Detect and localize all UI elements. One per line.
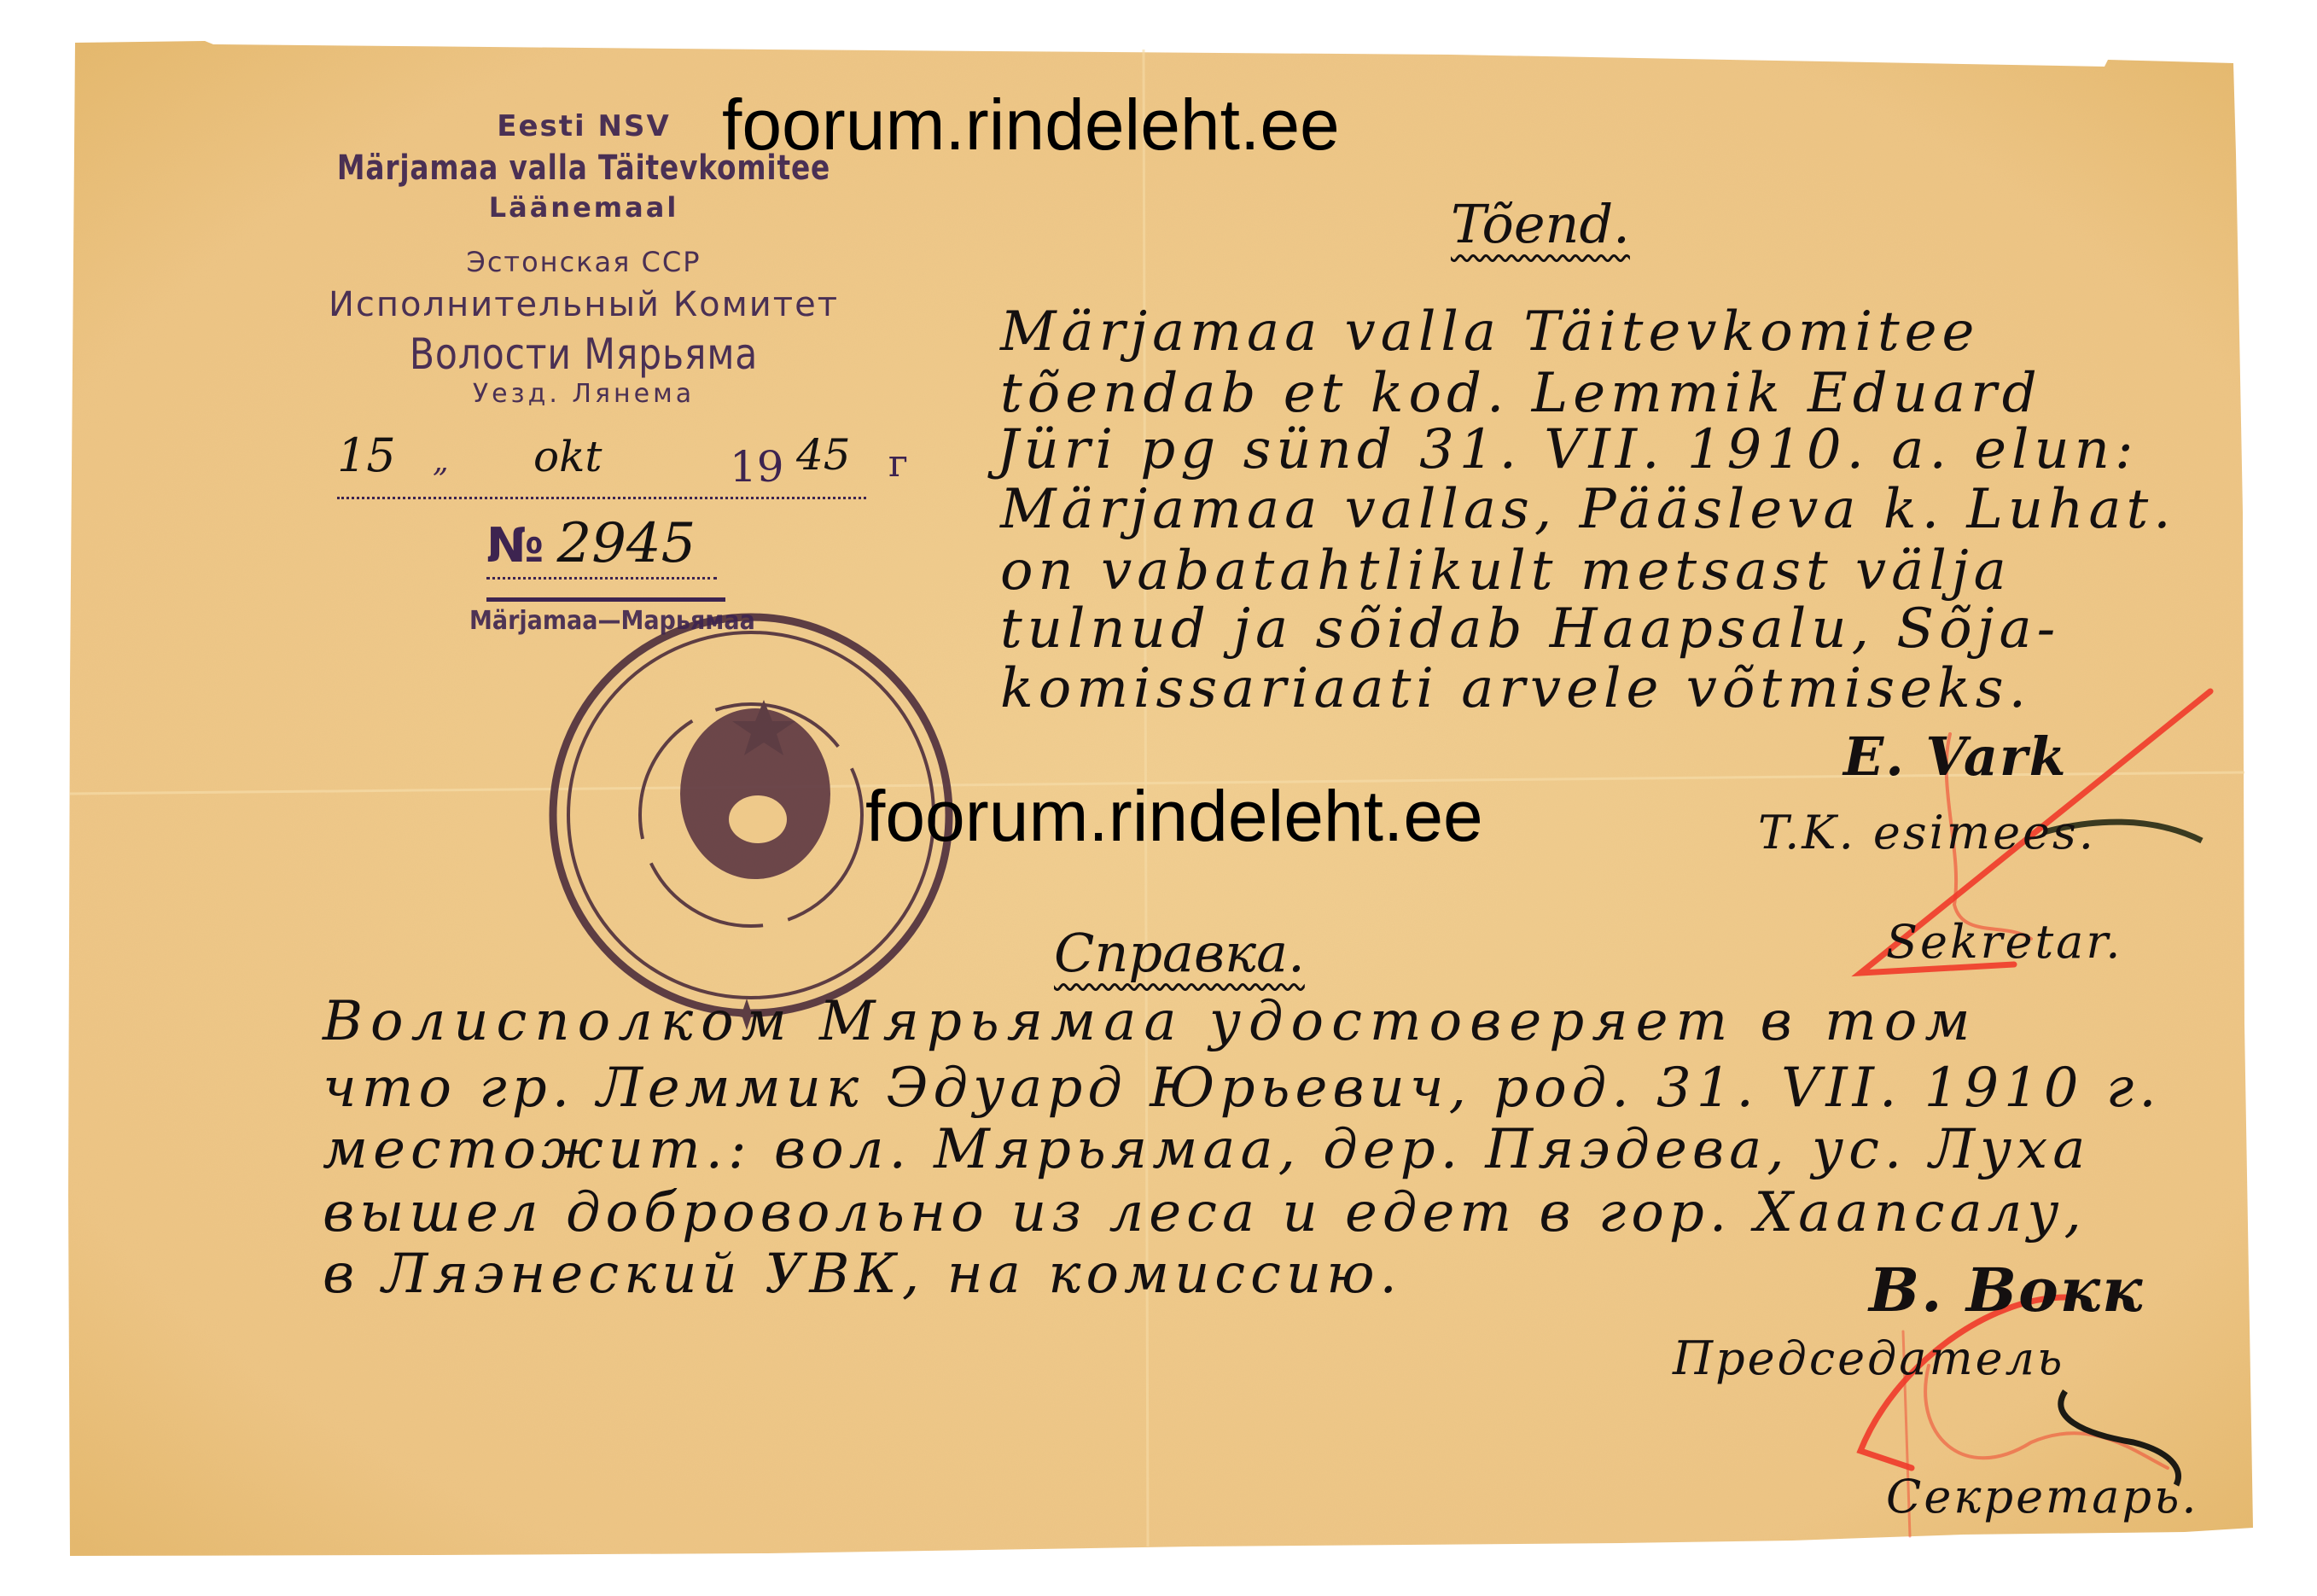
estonian-line: tulnud ja sõidab Haapsalu, Sõja- bbox=[1000, 597, 2060, 661]
estonian-line: Märjamaa valla Täitevkomitee bbox=[1000, 300, 1979, 364]
date-quote: „ bbox=[433, 444, 449, 479]
russian-title: Справка. bbox=[1054, 922, 1305, 984]
estonian-line: Märjamaa vallas, Pääsleva k. Luhat. bbox=[1000, 478, 2176, 541]
registration-number: № 2945 bbox=[486, 512, 696, 575]
registration-dotted-line bbox=[486, 577, 717, 580]
russian-line: в Ляэнеский УВК, на комиссию. bbox=[323, 1243, 1402, 1306]
estonian-title: Tõend. bbox=[1451, 193, 1630, 255]
document-date: 15 „ okt 19 45 г bbox=[337, 435, 926, 495]
date-dotted-line bbox=[337, 497, 866, 499]
russian-line: что гр. Леммик Эдуард Юрьевич, род. 31. … bbox=[323, 1057, 2162, 1120]
watermark-middle: foorum.rindeleht.ee bbox=[865, 780, 1483, 852]
registration-rule bbox=[486, 597, 725, 602]
stamp-line-committee-ru: Исполнительный Комитет bbox=[329, 285, 839, 324]
estonian-line: komissariaati arvele võtmiseks. bbox=[1000, 657, 2031, 720]
estonian-secretary-role: Sekretar. bbox=[1886, 915, 2122, 969]
stamp-line-county-ru: Уезд. Лянема bbox=[473, 379, 695, 409]
stamp-line-parish-ru: Волости Мярьяма bbox=[410, 329, 758, 379]
estonian-signature: E. Vark bbox=[1843, 725, 2068, 788]
russian-signature: В. Вокк bbox=[1869, 1255, 2145, 1325]
date-year-unit: г bbox=[888, 442, 908, 486]
russian-line: местожит.: вол. Мярьямаа, дер. Пяэдева, … bbox=[323, 1118, 2090, 1181]
estonian-line: Jüri pg sünd 31. VII. 1910. a. elun: bbox=[997, 418, 2139, 481]
russian-line: Волисполком Мярьямаа удостоверяет в том bbox=[323, 990, 1977, 1053]
russian-signature-role: Председатель bbox=[1673, 1331, 2064, 1385]
date-day: 15 bbox=[337, 428, 396, 482]
stamp-sub-line: Märjamaa—Марьямаа bbox=[469, 606, 755, 636]
number-sign: № bbox=[486, 518, 544, 574]
russian-secretary-role: Секретарь. bbox=[1886, 1470, 2199, 1523]
registration-value: 2945 bbox=[556, 512, 696, 575]
estonian-line: on vabatahtlikult metsast välja bbox=[1000, 539, 2011, 603]
date-year-prefix: 19 bbox=[730, 442, 784, 492]
estonian-signature-role: T.K. esimees. bbox=[1758, 806, 2096, 859]
date-year-suffix: 45 bbox=[796, 430, 851, 480]
stamp-line-republic-ru: Эстонская ССР bbox=[466, 246, 701, 278]
russian-line: вышел добровольно из леса и едет в гор. … bbox=[323, 1181, 2087, 1244]
stamp-line-county-et: Läänemaal bbox=[489, 191, 679, 224]
stamp-line-republic-et: Eesti NSV bbox=[497, 109, 671, 143]
date-month: okt bbox=[533, 432, 603, 481]
estonian-line: tõendab et kod. Lemmik Eduard bbox=[1000, 362, 2042, 425]
stamp-line-committee-et: Märjamaa valla Täitevkomitee bbox=[337, 149, 830, 188]
